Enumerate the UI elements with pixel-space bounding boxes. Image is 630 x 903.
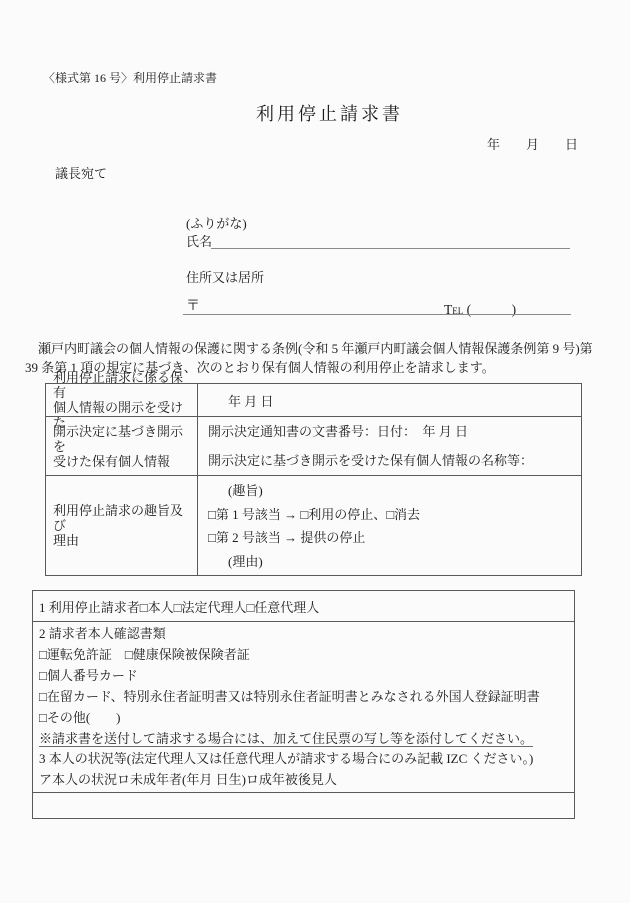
requester-type-row: 1 利用停止請求者□本人□法定代理人□任意代理人 <box>33 591 574 621</box>
option1-checkbox-line: □第 1 号該当 → □利用の停止、□消去 <box>208 503 581 527</box>
principal-status-heading: 3 本人の状況等(法定代理人又は任意代理人が請求する場合にのみ記載 IZC くだ… <box>39 749 574 770</box>
option2-checkbox-line: □第 2 号該当 → 提供の停止 <box>208 526 581 550</box>
disclosed-info-value-cell: 開示決定通知書の文書番号：日付： 年 月 日 開示決定に基づき開示を受けた保有個… <box>198 416 581 475</box>
disclosure-received-value-cell: 年 月 日 <box>198 384 581 416</box>
document-title: 利用停止請求書 <box>256 100 403 126</box>
other-checkbox-line: □その他( ) <box>39 708 574 729</box>
disclosure-received-label-cell: 利用停止請求に係る保有 個人情報の開示を受けた <box>46 384 198 416</box>
address-underline <box>183 314 571 315</box>
identity-documents-row: 2 請求者本人確認書類 □運転免許証 □健康保険被保険者証 □個人番号カード □… <box>33 621 574 792</box>
notice-number-line: 開示決定通知書の文書番号：日付： 年 月 日 <box>208 424 581 439</box>
postal-mark: 〒 <box>186 295 200 315</box>
mailing-note: ※請求書を送付して請求する場合には、加えて住民票の写し等を添付してください。 <box>39 729 574 750</box>
purpose-reason-value-cell: (趣旨) □第 1 号該当 → □利用の停止、□消去 □第 2 号該当 → 提供… <box>198 475 581 575</box>
requester-table: 1 利用停止請求者□本人□法定代理人□任意代理人 2 請求者本人確認書類 □運転… <box>32 590 575 819</box>
empty-row <box>33 792 574 818</box>
date-placeholder: 年 月 日 <box>487 134 578 153</box>
furigana-label: (ふりがな) <box>186 213 247 232</box>
mynumber-card-checkbox-line: □個人番号カード <box>39 666 574 687</box>
tel-label: Tel ( ) <box>444 298 516 318</box>
principal-status-line: ア本人の状況ロ未成年者(年月 日生)ロ成年被後見人 <box>39 770 574 791</box>
form-number: 〈様式第 16 号〉利用停止請求書 <box>43 69 217 86</box>
reason-heading: (理由) <box>208 550 581 574</box>
intro-line-1: 瀬戸内町議会の個人情報の保護に関する条例(令和 5 年瀬戸内町議会個人情報保護条… <box>25 339 593 358</box>
purpose-reason-label-cell: 利用停止請求の趣旨及び 理由 <box>46 475 198 575</box>
addressee-line: 議長宛て <box>55 163 107 182</box>
name-underline <box>211 248 570 249</box>
license-insurance-checkbox-line: □運転免許証 □健康保険被保険者証 <box>39 645 574 666</box>
details-table: 利用停止請求に係る保有 個人情報の開示を受けた 年 月 日 開示決定に基づき開示… <box>45 383 582 576</box>
info-name-line: 開示決定に基づき開示を受けた保有個人情報の名称等： <box>208 453 581 468</box>
address-label: 住所又は居所 <box>186 267 264 286</box>
disclosed-info-label-cell: 開示決定に基づき開示を 受けた保有個人情報 <box>46 416 198 475</box>
identity-docs-heading: 2 請求者本人確認書類 <box>39 624 574 645</box>
name-label: 氏名 <box>186 231 212 250</box>
residence-card-checkbox-line: □在留カード、特別永住者証明書又は特別永住者証明書とみなされる外国人登録証明書 <box>39 687 574 708</box>
purpose-heading: (趣旨) <box>208 479 581 503</box>
